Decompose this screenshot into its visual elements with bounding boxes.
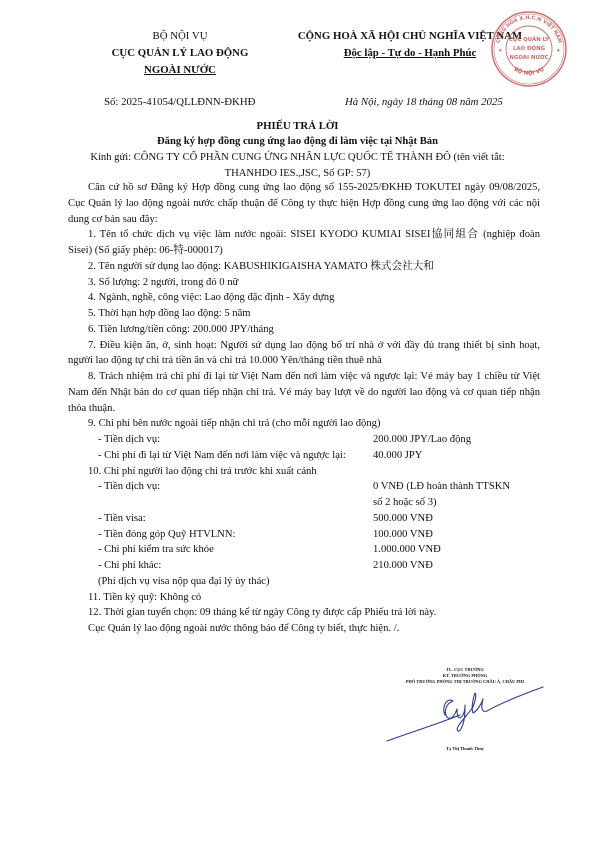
cost-label: - Chi phí đi lại từ Việt Nam đến nơi làm… bbox=[68, 448, 373, 464]
cost-label: - Tiền đóng góp Quỹ HTVLNN: bbox=[68, 527, 373, 543]
svg-text:LAO ĐỘNG: LAO ĐỘNG bbox=[513, 45, 546, 52]
cost-value: 210.000 VNĐ bbox=[373, 558, 540, 574]
item-6: 6. Tiền lương/tiền công: 200.000 JPY/thá… bbox=[68, 322, 540, 338]
item-5: 5. Thời hạn hợp đồng lao động: 5 năm bbox=[68, 306, 540, 322]
cost-value-line2: số 2 hoặc số 3) bbox=[373, 497, 437, 508]
item-7: 7. Điều kiện ăn, ở, sinh hoạt: Người sử … bbox=[68, 338, 540, 370]
item-12: 12. Thời gian tuyển chọn: 09 tháng kể từ… bbox=[68, 605, 540, 621]
signer-name: Tạ Thị Thanh Thủy bbox=[370, 746, 560, 751]
item-10-note: (Phí dịch vụ visa nộp qua đại lý ủy thác… bbox=[68, 574, 540, 590]
document-title: PHIẾU TRẢ LỜI bbox=[40, 118, 555, 134]
cost-value: 200.000 JPY/Lao động bbox=[373, 432, 540, 448]
item-1: 1. Tên tổ chức dịch vụ việc làm nước ngo… bbox=[68, 227, 540, 259]
svg-text:CỤC QUẢN LÝ: CỤC QUẢN LÝ bbox=[509, 35, 549, 43]
intro-paragraph: Căn cứ hồ sơ Đăng ký Hợp đồng cung ứng l… bbox=[68, 180, 540, 227]
cost-value: 40.000 JPY bbox=[373, 448, 540, 464]
national-motto: Độc lập - Tự do - Hạnh Phúc bbox=[344, 47, 477, 59]
official-stamp-icon: CỘNG HÒA X.H.C.N VIỆT NAM BỘ NỘI VỤ CỤC … bbox=[490, 10, 568, 88]
cost-label: - Chi phí khác: bbox=[68, 558, 373, 574]
cost-row: - Tiền dịch vụ: 200.000 JPY/Lao động bbox=[68, 432, 540, 448]
item-9-heading: 9. Chi phí bên nước ngoài tiếp nhận chi … bbox=[68, 416, 540, 432]
item-3: 3. Số lượng: 2 người, trong đó 0 nữ bbox=[68, 275, 540, 291]
cost-value: 1.000.000 VNĐ bbox=[373, 542, 540, 558]
item-4: 4. Ngành, nghề, công việc: Lao động đặc … bbox=[68, 290, 540, 306]
cost-row: - Tiền dịch vụ: 0 VNĐ (LĐ hoàn thành TTS… bbox=[68, 479, 540, 511]
svg-text:★: ★ bbox=[556, 48, 561, 54]
signatory-title-block: TL. CỤC TRƯỞNG KT. TRƯỞNG PHÒNG PHÓ TRƯỞ… bbox=[370, 667, 560, 685]
document-title-block: PHIẾU TRẢ LỜI Đăng ký hợp đồng cung ứng … bbox=[40, 118, 555, 182]
document-subtitle: Đăng ký hợp đồng cung ứng lao động đi là… bbox=[40, 134, 555, 150]
svg-text:★: ★ bbox=[498, 48, 503, 54]
closing-statement: Cục Quản lý lao động ngoài nước thông bá… bbox=[68, 621, 540, 637]
ministry-name: BỘ NỘI VỤ bbox=[95, 28, 265, 45]
item-11: 11. Tiền ký quỹ: Không có bbox=[68, 590, 540, 606]
department-name-line1: CỤC QUẢN LÝ LAO ĐỘNG bbox=[95, 45, 265, 62]
item-10-heading: 10. Chi phí người lao động chi trả trước… bbox=[68, 464, 540, 480]
cost-label: - Tiền dịch vụ: bbox=[68, 479, 373, 511]
item-2: 2. Tên người sử dụng lao động: KABUSHIKI… bbox=[68, 259, 540, 275]
cost-value: 100.000 VNĐ bbox=[373, 527, 540, 543]
cost-value: 500.000 VNĐ bbox=[373, 511, 540, 527]
cost-label: - Tiền dịch vụ: bbox=[68, 432, 373, 448]
place-and-date: Hà Nội, ngày 18 tháng 08 năm 2025 bbox=[345, 96, 503, 108]
handwritten-signature-icon bbox=[385, 685, 545, 745]
document-number: Số: 2025-41054/QLLĐNN-ĐKHĐ bbox=[104, 96, 255, 108]
svg-text:BỘ NỘI VỤ: BỘ NỘI VỤ bbox=[512, 67, 545, 77]
cost-row: - Chi phí đi lại từ Việt Nam đến nơi làm… bbox=[68, 448, 540, 464]
department-name-line2: NGOÀI NƯỚC bbox=[144, 64, 216, 76]
cost-label: - Tiền visa: bbox=[68, 511, 373, 527]
issuing-agency: BỘ NỘI VỤ CỤC QUẢN LÝ LAO ĐỘNG NGOÀI NƯỚ… bbox=[95, 28, 265, 79]
document-body: Căn cứ hồ sơ Đăng ký Hợp đồng cung ứng l… bbox=[68, 180, 540, 637]
svg-text:NGOÀI NƯỚC: NGOÀI NƯỚC bbox=[509, 54, 548, 61]
recipient-line1: Kính gửi: CÔNG TY CỔ PHẦN CUNG ỨNG NHÂN … bbox=[40, 150, 555, 166]
cost-row: - Chi phí khác: 210.000 VNĐ bbox=[68, 558, 540, 574]
cost-row: - Tiền đóng góp Quỹ HTVLNN: 100.000 VNĐ bbox=[68, 527, 540, 543]
cost-value-line1: 0 VNĐ (LĐ hoàn thành TTSKN bbox=[373, 481, 510, 492]
item-8: 8. Trách nhiệm trả chi phí đi lại từ Việ… bbox=[68, 369, 540, 416]
cost-label: - Chi phí kiểm tra sức khỏe bbox=[68, 542, 373, 558]
cost-row: - Tiền visa: 500.000 VNĐ bbox=[68, 511, 540, 527]
cost-row: - Chi phí kiểm tra sức khỏe 1.000.000 VN… bbox=[68, 542, 540, 558]
cost-value: 0 VNĐ (LĐ hoàn thành TTSKN số 2 hoặc số … bbox=[373, 479, 540, 511]
